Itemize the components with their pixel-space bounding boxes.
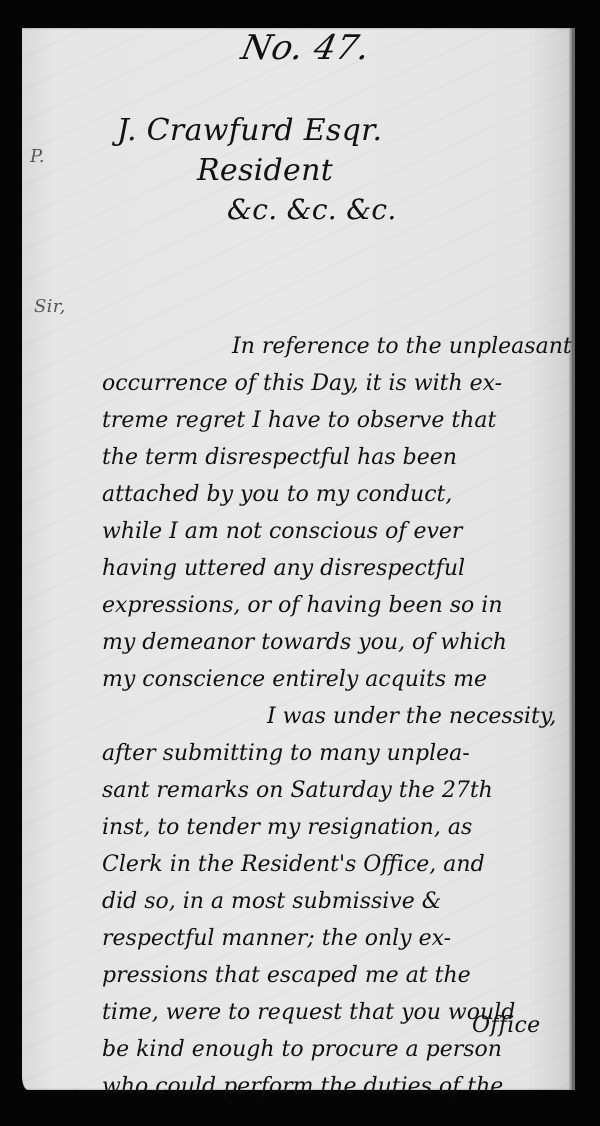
document-number: No. 47. [238,28,374,68]
body-line: expressions, or of having been so in [102,587,572,624]
body-line: Clerk in the Resident's Office, and [102,846,572,883]
addressee-etc: &c. &c. &c. [227,193,397,226]
addressee-title: Resident [197,153,333,188]
body-line: after submitting to many unplea- [102,735,572,772]
body-line: pressions that escaped me at the [102,957,572,994]
scan-frame: No. 47. P. J. Crawfurd Esqr. Resident &c… [0,0,600,1126]
letter-body: In reference to the unpleasant occurrenc… [102,328,572,1105]
body-line: occurrence of this Day, it is with ex- [102,365,572,402]
body-line: did so, in a most submissive & [102,883,572,920]
body-line: I was under the necessity, [102,698,572,735]
body-line: having uttered any disrespectful [102,550,572,587]
salutation: Sir, [34,296,66,317]
body-line: In reference to the unpleasant [102,328,572,365]
body-line: attached by you to my conduct, [102,476,572,513]
body-line: who could perform the duties of the [102,1068,572,1105]
body-line: my demeanor towards you, of which [102,624,572,661]
margin-mark: P. [30,146,45,167]
body-line: while I am not conscious of ever [102,513,572,550]
addressee-name: J. Crawfurd Esqr. [117,113,382,148]
body-line: respectful manner; the only ex- [102,920,572,957]
body-line: the term disrespectful has been [102,439,572,476]
body-line: sant remarks on Saturday the 27th [102,772,572,809]
body-line: treme regret I have to observe that [102,402,572,439]
catchword: Office [472,1013,541,1038]
letter-page: No. 47. P. J. Crawfurd Esqr. Resident &c… [22,28,575,1090]
body-line: my conscience entirely acquits me [102,661,572,698]
body-line: inst, to tender my resignation, as [102,809,572,846]
